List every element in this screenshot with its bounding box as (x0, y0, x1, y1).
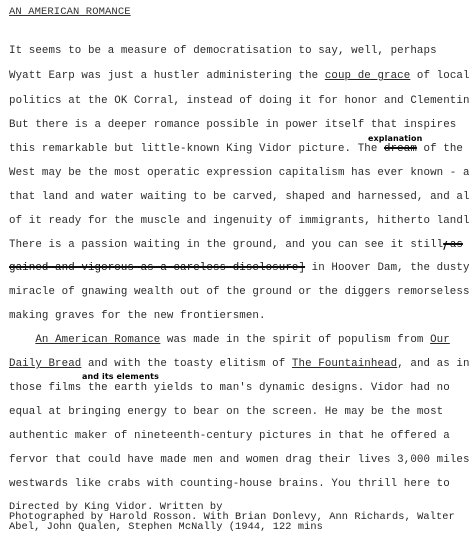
handwritten-annotation: explanation (368, 134, 422, 143)
text-line: miracle of gnawing wealth out of the gro… (9, 286, 469, 298)
text-run: was made in the spirit of populism from (160, 334, 430, 346)
text-line: equal at bringing energy to bear on the … (9, 406, 443, 418)
text-line: politics at the OK Corral, instead of do… (9, 95, 469, 107)
text-line: gained and vigorous as a careless disclo… (9, 262, 469, 274)
text-line: But there is a deeper romance possible i… (9, 119, 456, 131)
text-run: of local (410, 70, 469, 82)
text-line: There is a passion waiting in the ground… (9, 239, 463, 251)
document-page: AN AMERICAN ROMANCE It seems to be a mea… (0, 0, 469, 550)
film-title: Daily Bread (9, 358, 81, 370)
underlined-term: coup de grace (325, 70, 411, 82)
handwritten-annotation: and its elements (82, 372, 159, 381)
text-line: An American Romance was made in the spir… (9, 334, 450, 346)
text-run: of the (417, 143, 463, 155)
text-line: authentic maker of nineteenth-century pi… (9, 430, 450, 442)
text-run: this remarkable but little-known King Vi… (9, 143, 384, 155)
text-line: making graves for the new frontiersmen. (9, 310, 266, 322)
text-line: Wyatt Earp was just a hustler administer… (9, 70, 469, 82)
insertion-mark: / (443, 239, 447, 252)
text-line: this remarkable but little-known King Vi… (9, 143, 463, 155)
text-run: and with the toasty elitism of (81, 358, 292, 370)
struck-text: gained and vigorous as a careless disclo… (9, 262, 305, 274)
struck-word: dream (384, 143, 417, 155)
text-line: Daily Bread and with the toasty elitism … (9, 358, 469, 370)
text-run: in Hoover Dam, the dusty (305, 262, 469, 274)
text-run: , and as in (397, 358, 469, 370)
text-line: those films the earth yields to man's dy… (9, 382, 450, 394)
text-line: West may be the most operatic expression… (9, 167, 469, 179)
credits-line: Abel, John Qualen, Stephen McNally (1944… (9, 522, 455, 532)
document-title: AN AMERICAN ROMANCE (9, 6, 131, 18)
text-line: westwards like crabs with counting-house… (9, 478, 450, 490)
film-title: Our (430, 334, 450, 346)
film-title: An American Romance (35, 334, 160, 346)
text-run: Wyatt Earp was just a hustler administer… (9, 70, 325, 82)
text-line: fervor that could have made men and wome… (9, 454, 469, 466)
text-line: It seems to be a measure of democratisat… (9, 45, 437, 57)
text-run: There is a passion waiting in the ground… (9, 239, 443, 251)
film-credits: Directed by King Vidor. Written byPhotog… (9, 502, 455, 532)
film-title: The Fountainhead (292, 358, 397, 370)
text-line: that land and water waiting to be carved… (9, 191, 469, 203)
text-line: of it ready for the muscle and ingenuity… (9, 215, 469, 227)
